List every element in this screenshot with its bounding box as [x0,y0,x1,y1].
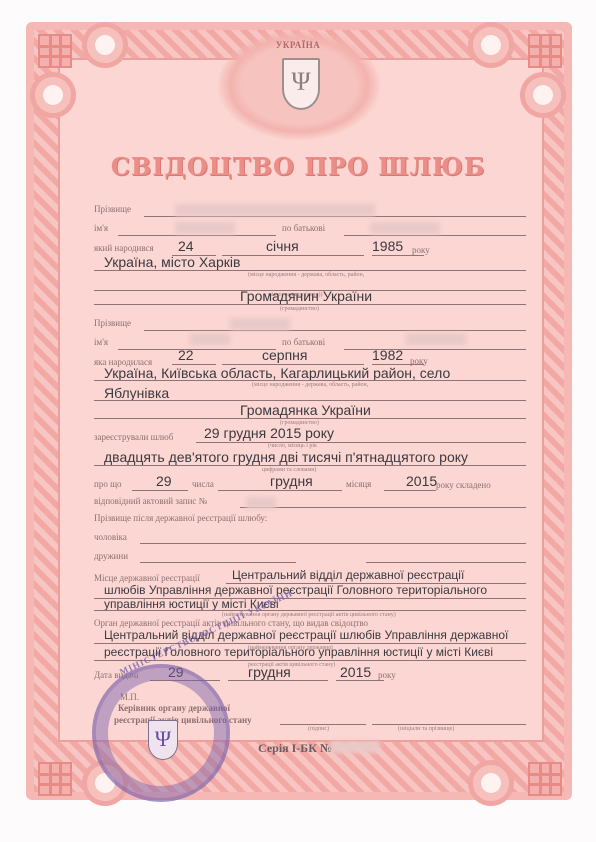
groom-birth-month: січня [266,238,299,254]
record-month: грудня [270,473,313,489]
rose-ornament-icon [30,72,76,118]
groom-patronymic-line [344,235,526,236]
series-number: Серія І-БК № [258,741,332,756]
bride-birthplace-hint: (місце народження - держава, область, ра… [252,382,368,388]
rose-ornament-icon [468,760,514,806]
bride-birthplace-line-2-rule [94,400,526,401]
redacted-groom-name [175,222,235,234]
issuer-line-1: Центральний відділ державної реєстрації … [104,628,508,642]
bride-birth-year: 1982 [372,347,403,363]
groom-citizenship-hint: (громадянство) [280,306,319,312]
redacted-record-number [246,497,276,509]
groom-surname-line [144,216,526,217]
surnames-after-label: Прізвище після державної реєстрації шлюб… [94,513,267,523]
groom-patronymic-label: по батькові [282,223,325,233]
marriage-certificate: УКРАЇНА Ψ СВІДОЦТВО ПРО ШЛЮБ Прізвище ім… [0,0,596,842]
issue-month: грудня [248,664,291,680]
place-line-3-rule [94,610,526,611]
groom-surname-label: Прізвище [94,204,131,214]
place-label: Місце державної реєстрації [94,573,200,583]
bride-citizenship-line [94,418,526,419]
registration-date-digits: 29 грудня 2015 року [204,425,334,441]
groom-birth-year: 1985 [372,238,403,254]
record-year: 2015 [406,473,437,489]
rose-ornament-icon [82,22,128,68]
issue-year: 2015 [340,664,371,680]
issue-month-line [228,680,328,681]
corner-ornament-icon [38,762,72,796]
signature-hint: (підпис) [308,726,329,732]
certificate-title: СВІДОЦТВО ПРО ШЛЮБ [0,152,596,181]
bride-birthplace-line-2: Яблунівка [104,385,169,401]
bride-birth-month: серпня [262,347,307,363]
bride-name-label: ім'я [94,337,108,347]
rose-ornament-icon [520,72,566,118]
registered-label: зареєстрували шлюб [94,432,173,442]
groom-year-line [372,255,424,256]
registration-date-words-line [94,465,526,466]
wife-surname-line-2 [366,562,526,563]
groom-name-label: ім'я [94,223,108,233]
record-number-label: відповідний актовий запис № [94,496,207,506]
record-number-line [240,507,526,508]
bride-surname-label: Прізвище [94,318,131,328]
corner-ornament-icon [528,762,562,796]
signature-line [280,724,366,725]
record-year-line [384,490,436,491]
groom-citizenship: Громадянин України [240,288,372,304]
record-day-line [132,490,188,491]
husband-surname-line [140,543,526,544]
stamp-trident-icon: Ψ [148,720,178,760]
corner-ornament-icon [38,34,72,68]
bride-surname-line [144,330,526,331]
redacted-groom-patronymic [370,222,440,234]
wife-surname-line [140,562,296,563]
wife-label: дружини [94,551,128,561]
bride-birth-day: 22 [178,347,194,363]
rose-ornament-icon [468,22,514,68]
groom-birthplace-hint: (місце народження - держава, область, ра… [248,272,364,278]
bride-birthplace-line-1: Україна, Київська область, Кагарлицький … [104,365,450,381]
registration-date-line [196,442,526,443]
redacted-bride-patronymic [406,333,466,345]
corner-ornament-icon [528,34,562,68]
record-month-line [218,490,342,491]
place-line-2: шлюбів Управління державної реєстрації Г… [104,583,487,597]
redacted-groom-surname [175,204,375,216]
husband-label: чоловіка [94,532,127,542]
bride-birthplace-line [94,380,526,381]
day-label: числа [192,479,214,489]
country-label: УКРАЇНА [268,40,328,50]
issuer-line-2-rule [94,660,526,661]
place-line-1: Центральний відділ державної реєстрації [232,568,464,582]
groom-name-line [118,235,276,236]
trident-icon: Ψ [282,58,320,110]
groom-birth-day: 24 [178,238,194,254]
issue-year-line [336,680,384,681]
official-name-hint: (ініціали та прізвище) [398,726,454,732]
official-name-line [372,724,526,725]
groom-birthplace-line [94,270,526,271]
registration-date-words: двадцять дев'ятого грудня дві тисячі п'я… [104,449,468,465]
record-year-suffix: року складено [436,480,491,490]
groom-citizenship-line [94,304,526,305]
redacted-bride-name [190,333,230,345]
bride-patronymic-label: по батькові [282,337,325,347]
record-day: 29 [156,473,172,489]
about-label: про що [94,479,122,489]
groom-year-suffix: року [412,245,430,255]
month-label: місяця [346,479,371,489]
bride-name-line [118,349,276,350]
redacted-bride-surname [230,318,290,330]
bride-citizenship: Громадянка України [240,402,371,418]
issue-year-suffix: року [378,670,396,680]
groom-born-label: який народився [94,243,154,253]
groom-birthplace: Україна, місто Харків [104,254,240,270]
groom-month-line [222,255,364,256]
issuer-line-1-rule [94,643,526,644]
redacted-series-number [330,741,380,753]
